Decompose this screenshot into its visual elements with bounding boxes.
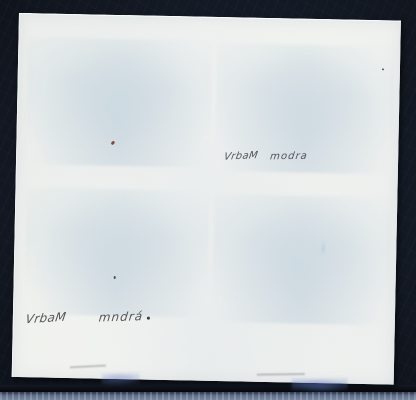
expert-annotation-right: VrbaMmodra <box>224 151 307 162</box>
expert-mark-signature: VrbaM <box>223 150 259 163</box>
blue-ink-smudge <box>291 376 347 393</box>
expert-annotation-bottom-left: VrbaMmndrá <box>26 310 143 326</box>
stamp-impression-top-left <box>26 37 213 168</box>
pencil-shade-word: modra <box>269 151 308 163</box>
expert-mark-signature: VrbaM <box>25 310 67 327</box>
stamp-impression-bottom-right <box>212 194 393 326</box>
dark-speck <box>147 317 150 320</box>
stamp-impression-bottom-left <box>24 187 210 318</box>
stamp-block-paper: VrbaMmodra VrbaMmndrá <box>12 13 401 385</box>
dark-speck <box>114 276 116 279</box>
table-edge-strip <box>0 392 416 400</box>
blue-ink-smudge <box>102 371 140 386</box>
photo-backdrop: VrbaMmodra VrbaMmndrá <box>0 0 416 400</box>
pencil-shade-word: mndrá <box>98 309 144 324</box>
blue-ink-smudge <box>321 239 325 257</box>
shadow-band <box>0 385 416 392</box>
dark-speck <box>382 68 384 70</box>
faint-pencil-scribble <box>70 365 106 369</box>
